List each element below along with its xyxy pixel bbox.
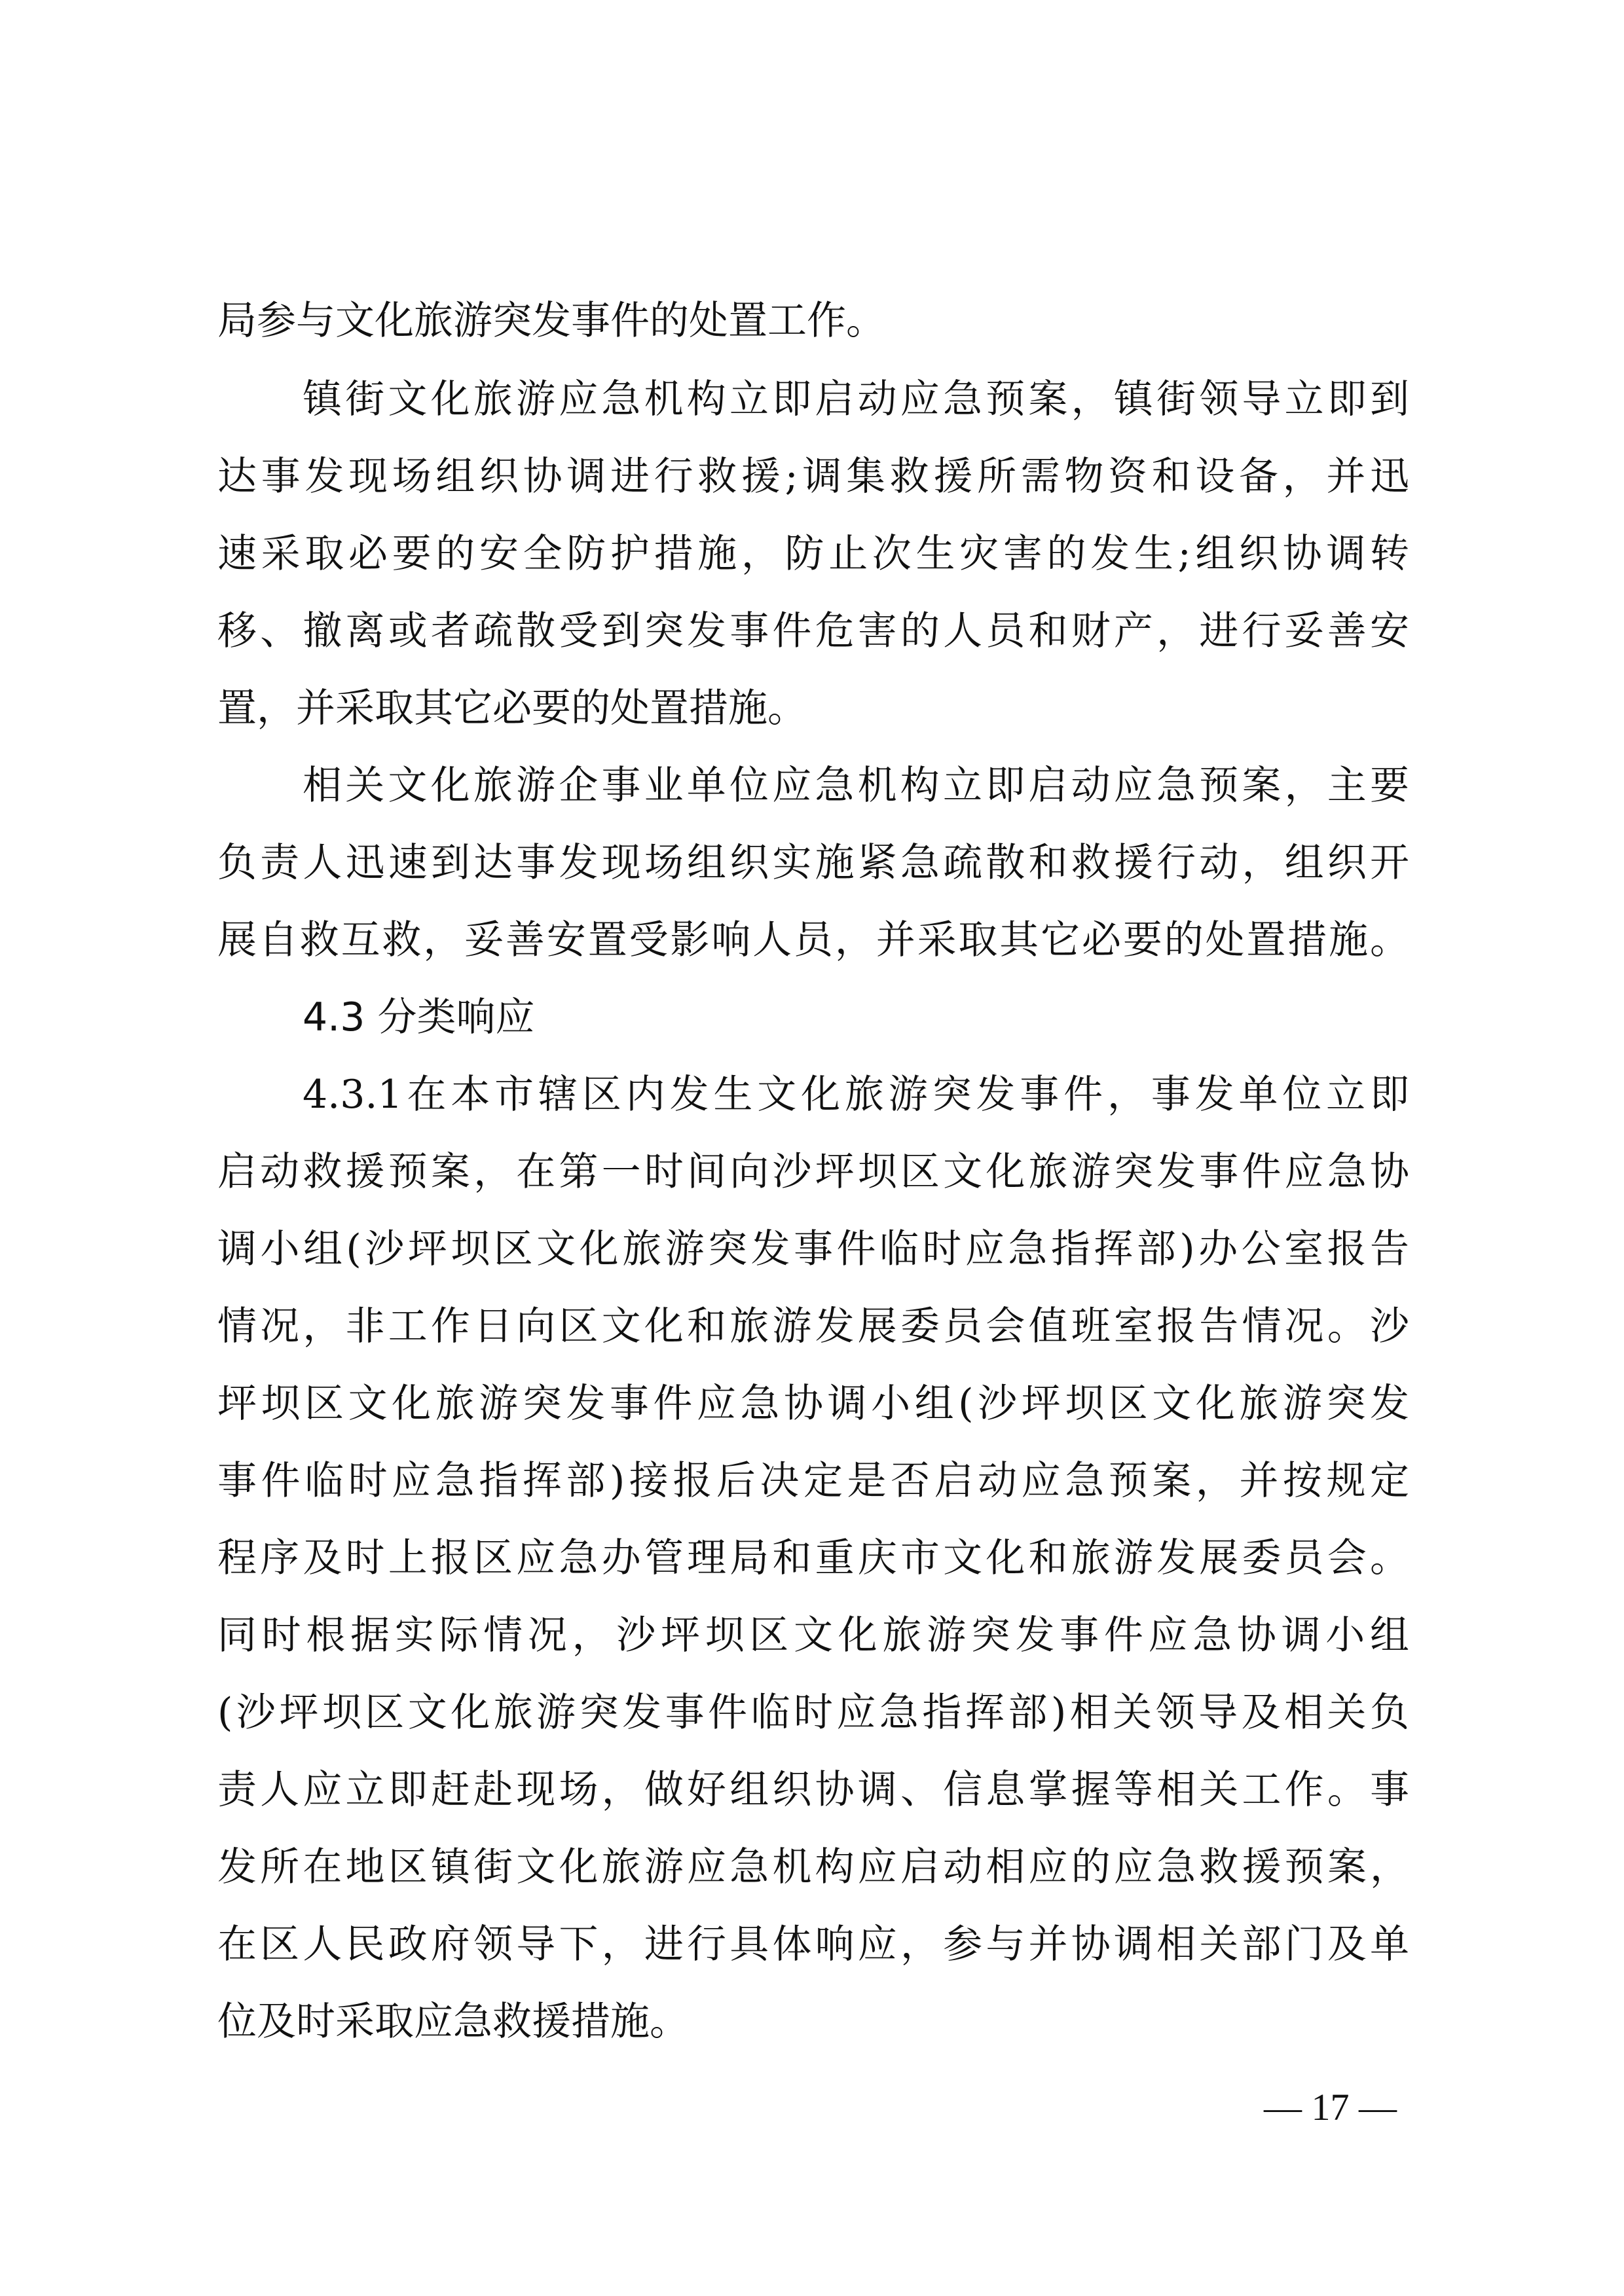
page-number: — 17 — xyxy=(1264,2085,1397,2129)
paragraph-line: 展自救互救，妥善安置受影响人员，并采取其它必要的处置措施。 xyxy=(217,914,1409,966)
paragraph-line: (沙坪坝区文化旅游突发事件临时应急指挥部)相关领导及相关负 xyxy=(217,1686,1409,1739)
paragraph-line: 责人应立即赶赴现场，做好组织协调、信息掌握等相关工作。事 xyxy=(217,1764,1409,1816)
paragraph-line: 置，并采取其它必要的处置措施。 xyxy=(217,682,1409,735)
paragraph-line: 在区人民政府领导下，进行具体响应，参与并协调相关部门及单 xyxy=(217,1918,1409,1971)
paragraph-line: 4.3.1在本市辖区内发生文化旅游突发事件，事发单位立即 xyxy=(303,1068,1409,1121)
document-page: 局参与文化旅游突发事件的处置工作。 镇街文化旅游应急机构立即启动应急预案，镇街领… xyxy=(0,0,1624,2296)
paragraph-line: 负责人迅速到达事发现场组织实施紧急疏散和救援行动，组织开 xyxy=(217,837,1409,889)
section-heading: 4.3 分类响应 xyxy=(303,991,1409,1044)
paragraph-line: 速采取必要的安全防护措施，防止次生灾害的发生;组织协调转 xyxy=(217,528,1409,580)
paragraph-line: 坪坝区文化旅游突发事件应急协调小组(沙坪坝区文化旅游突发 xyxy=(217,1377,1409,1430)
paragraph-line: 情况，非工作日向区文化和旅游发展委员会值班室报告情况。沙 xyxy=(217,1300,1409,1353)
paragraph-line: 事件临时应急指挥部)接报后决定是否启动应急预案，并按规定 xyxy=(217,1455,1409,1507)
paragraph-line: 镇街文化旅游应急机构立即启动应急预案，镇街领导立即到 xyxy=(303,373,1409,426)
paragraph-line: 调小组(沙坪坝区文化旅游突发事件临时应急指挥部)办公室报告 xyxy=(217,1223,1409,1275)
paragraph-line: 同时根据实际情况，沙坪坝区文化旅游突发事件应急协调小组 xyxy=(217,1609,1409,1662)
paragraph-line: 达事发现场组织协调进行救援;调集救援所需物资和设备，并迅 xyxy=(217,450,1409,503)
paragraph-line: 发所在地区镇街文化旅游应急机构应启动相应的应急救援预案， xyxy=(217,1841,1409,1893)
paragraph-line: 相关文化旅游企事业单位应急机构立即启动应急预案，主要 xyxy=(303,759,1409,812)
paragraph-line: 程序及时上报区应急办管理局和重庆市文化和旅游发展委员会。 xyxy=(217,1532,1409,1584)
paragraph-line: 移、撤离或者疏散受到突发事件危害的人员和财产，进行妥善安 xyxy=(217,605,1409,657)
paragraph-line: 启动救援预案，在第一时间向沙坪坝区文化旅游突发事件应急协 xyxy=(217,1146,1409,1198)
paragraph-line: 局参与文化旅游突发事件的处置工作。 xyxy=(217,295,1409,347)
paragraph-line: 位及时采取应急救援措施。 xyxy=(217,1995,1409,2048)
